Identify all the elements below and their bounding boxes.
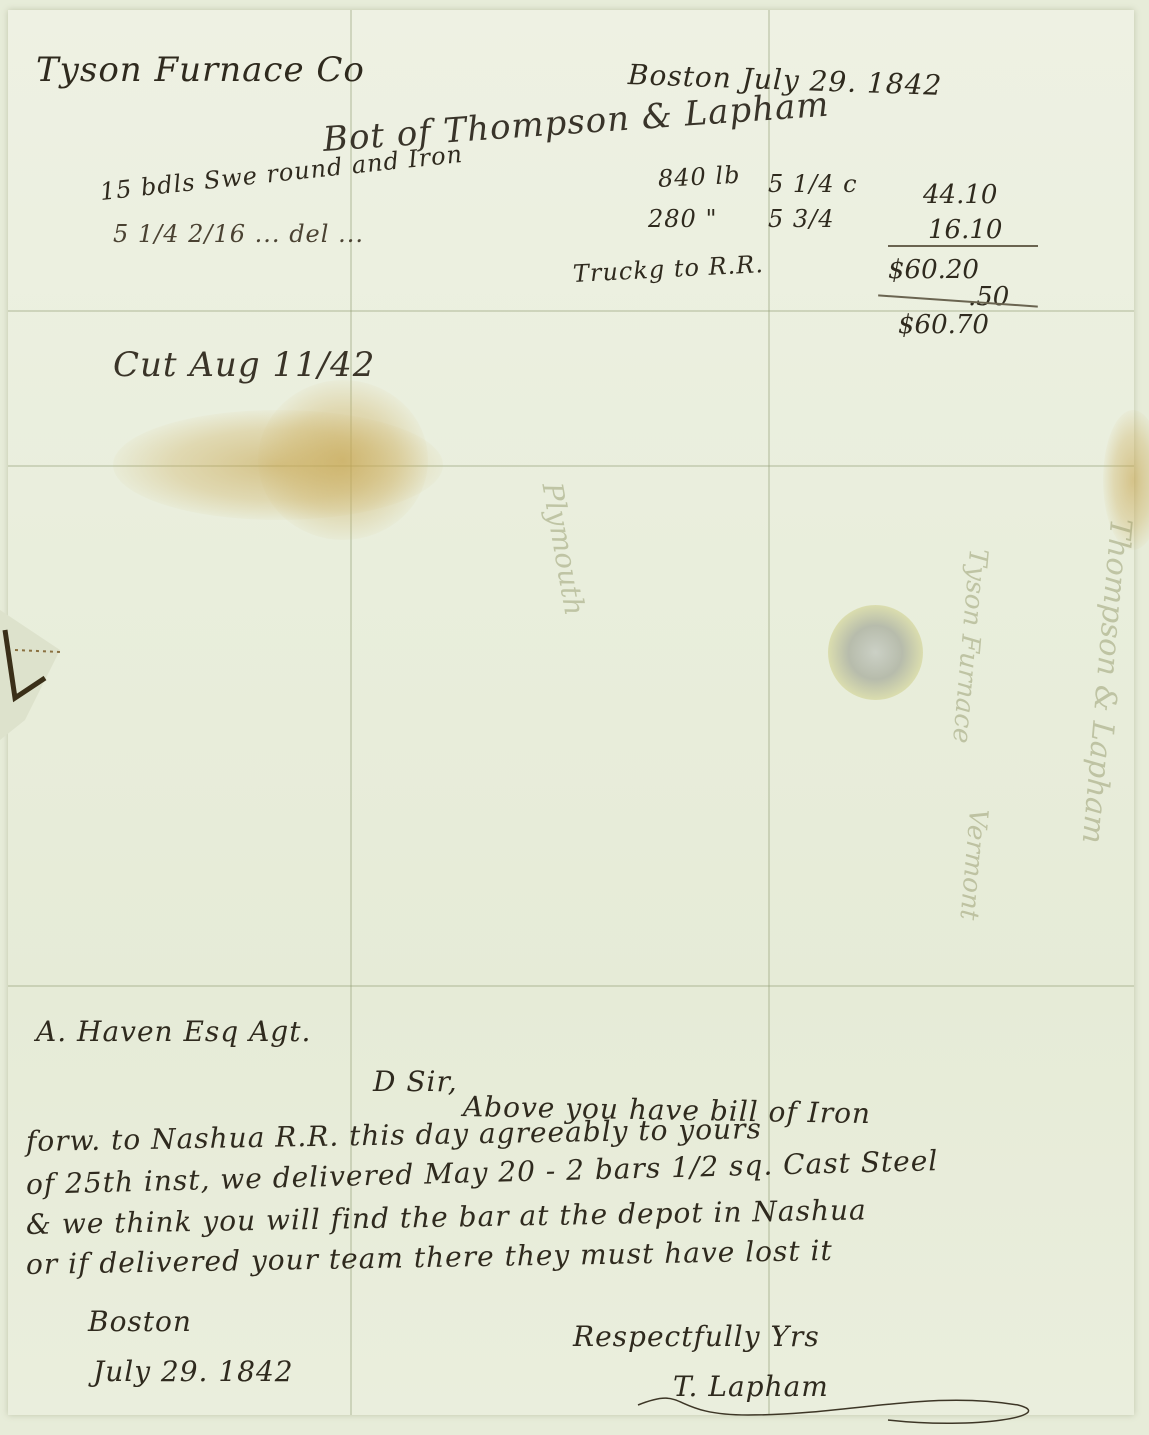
line-item-weight: 840 lb xyxy=(657,161,741,193)
letter-line: & we think you will find the bar at the … xyxy=(26,1193,867,1241)
closing-date: July 29. 1842 xyxy=(93,1355,294,1388)
addressee-company: Tyson Furnace Co xyxy=(36,50,365,90)
line-item-rate: 5 3/4 xyxy=(768,205,835,233)
freight-label: Truckg to R.R. xyxy=(572,250,764,288)
letter-line: or if delivered your team there they mus… xyxy=(26,1234,833,1281)
cut-annotation: Cut Aug 11/42 xyxy=(113,345,375,385)
letter-sheet: Tyson Furnace Co Boston July 29. 1842 Bo… xyxy=(8,10,1134,1415)
sum-rule xyxy=(888,245,1038,247)
line-item-amount: 16.10 xyxy=(928,215,1002,245)
bleed-through-text: Thompson & Lapham xyxy=(1075,517,1138,845)
letter-recipient: A. Haven Esq Agt. xyxy=(36,1015,311,1048)
side-note: 5 1/4 2/16 ... del ... xyxy=(113,220,364,248)
fold-line xyxy=(8,985,1134,987)
bleed-through-text: Vermont xyxy=(953,807,993,921)
wax-seal-mark xyxy=(828,605,923,700)
signature-flourish xyxy=(628,1385,1048,1419)
bleed-through-text: Tyson Furnace xyxy=(946,547,993,744)
closing-place: Boston xyxy=(88,1305,192,1338)
water-stain xyxy=(258,380,428,540)
freight-amount: .50 xyxy=(968,282,1009,312)
letter-salutation: D Sir, xyxy=(373,1065,458,1098)
closing-phrase: Respectfully Yrs xyxy=(573,1320,820,1353)
total-rule xyxy=(878,294,1038,307)
line-item-rate: 5 1/4 c xyxy=(768,170,858,198)
bleed-through-text: Plymouth xyxy=(536,480,592,618)
line-item-description: 15 bdls Swe round and Iron xyxy=(99,140,465,206)
line-item-weight: 280 " xyxy=(648,205,717,233)
line-item-amount: 44.10 xyxy=(923,180,997,210)
torn-seal-fragment xyxy=(0,610,80,760)
total: $60.70 xyxy=(898,310,989,340)
subtotal: $60.20 xyxy=(888,255,979,285)
